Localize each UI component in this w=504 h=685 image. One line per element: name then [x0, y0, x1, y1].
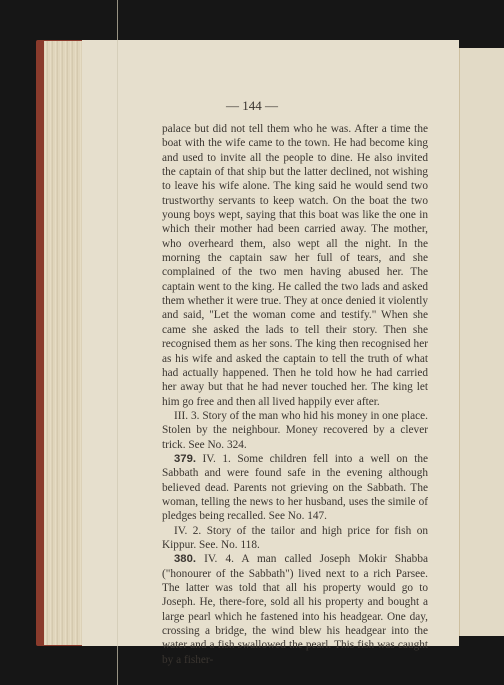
paragraph: 380. IV. 4. A man called Joseph Mokir Sh… — [162, 552, 428, 667]
page-number: — 144 — — [0, 98, 504, 114]
page-edges — [44, 41, 86, 645]
paragraph: IV. 2. Story of the tailor and high pric… — [162, 524, 428, 553]
paragraph: III. 3. Story of the man who hid his mon… — [162, 409, 428, 452]
facing-page-edge — [459, 48, 504, 636]
entry-number: 380. — [174, 553, 196, 565]
entry-number: 379. — [174, 453, 196, 465]
page-body: palace but did not tell them who he was.… — [162, 122, 428, 667]
paragraph: 379. IV. 1. Some children fell into a we… — [162, 452, 428, 524]
paragraph: palace but did not tell them who he was.… — [162, 122, 428, 409]
